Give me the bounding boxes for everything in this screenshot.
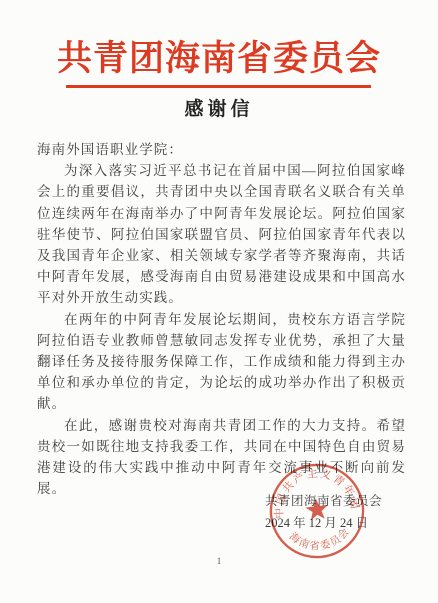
letterhead-title: 共青团海南省委员会 (0, 31, 438, 81)
letterhead-divider (66, 85, 371, 88)
salutation: 海南外国语职业学院： (37, 139, 406, 160)
page-number: 1 (0, 556, 438, 566)
official-seal: 中国共产主义青年团 海南省委员会 (263, 457, 371, 565)
letter-page: 共青团海南省委员会 感谢信 海南外国语职业学院： 为深入落实习近平总书记在首届中… (0, 0, 438, 603)
paragraph-1: 为深入落实习近平总书记在首届中国—阿拉伯国家峰会上的重要倡议，共青团中央以全国青… (37, 160, 406, 308)
paragraph-2: 在两年的中阿青年发展论坛期间，贵校东方语言学院阿拉伯语专业教师曾慧敏同志发挥专业… (37, 309, 406, 415)
letter-body: 海南外国语职业学院： 为深入落实习近平总书记在首届中国—阿拉伯国家峰会上的重要倡… (37, 139, 406, 499)
star-icon (305, 497, 329, 520)
letter-title: 感谢信 (0, 94, 438, 121)
seal-graphic: 中国共产主义青年团 海南省委员会 (263, 457, 371, 565)
